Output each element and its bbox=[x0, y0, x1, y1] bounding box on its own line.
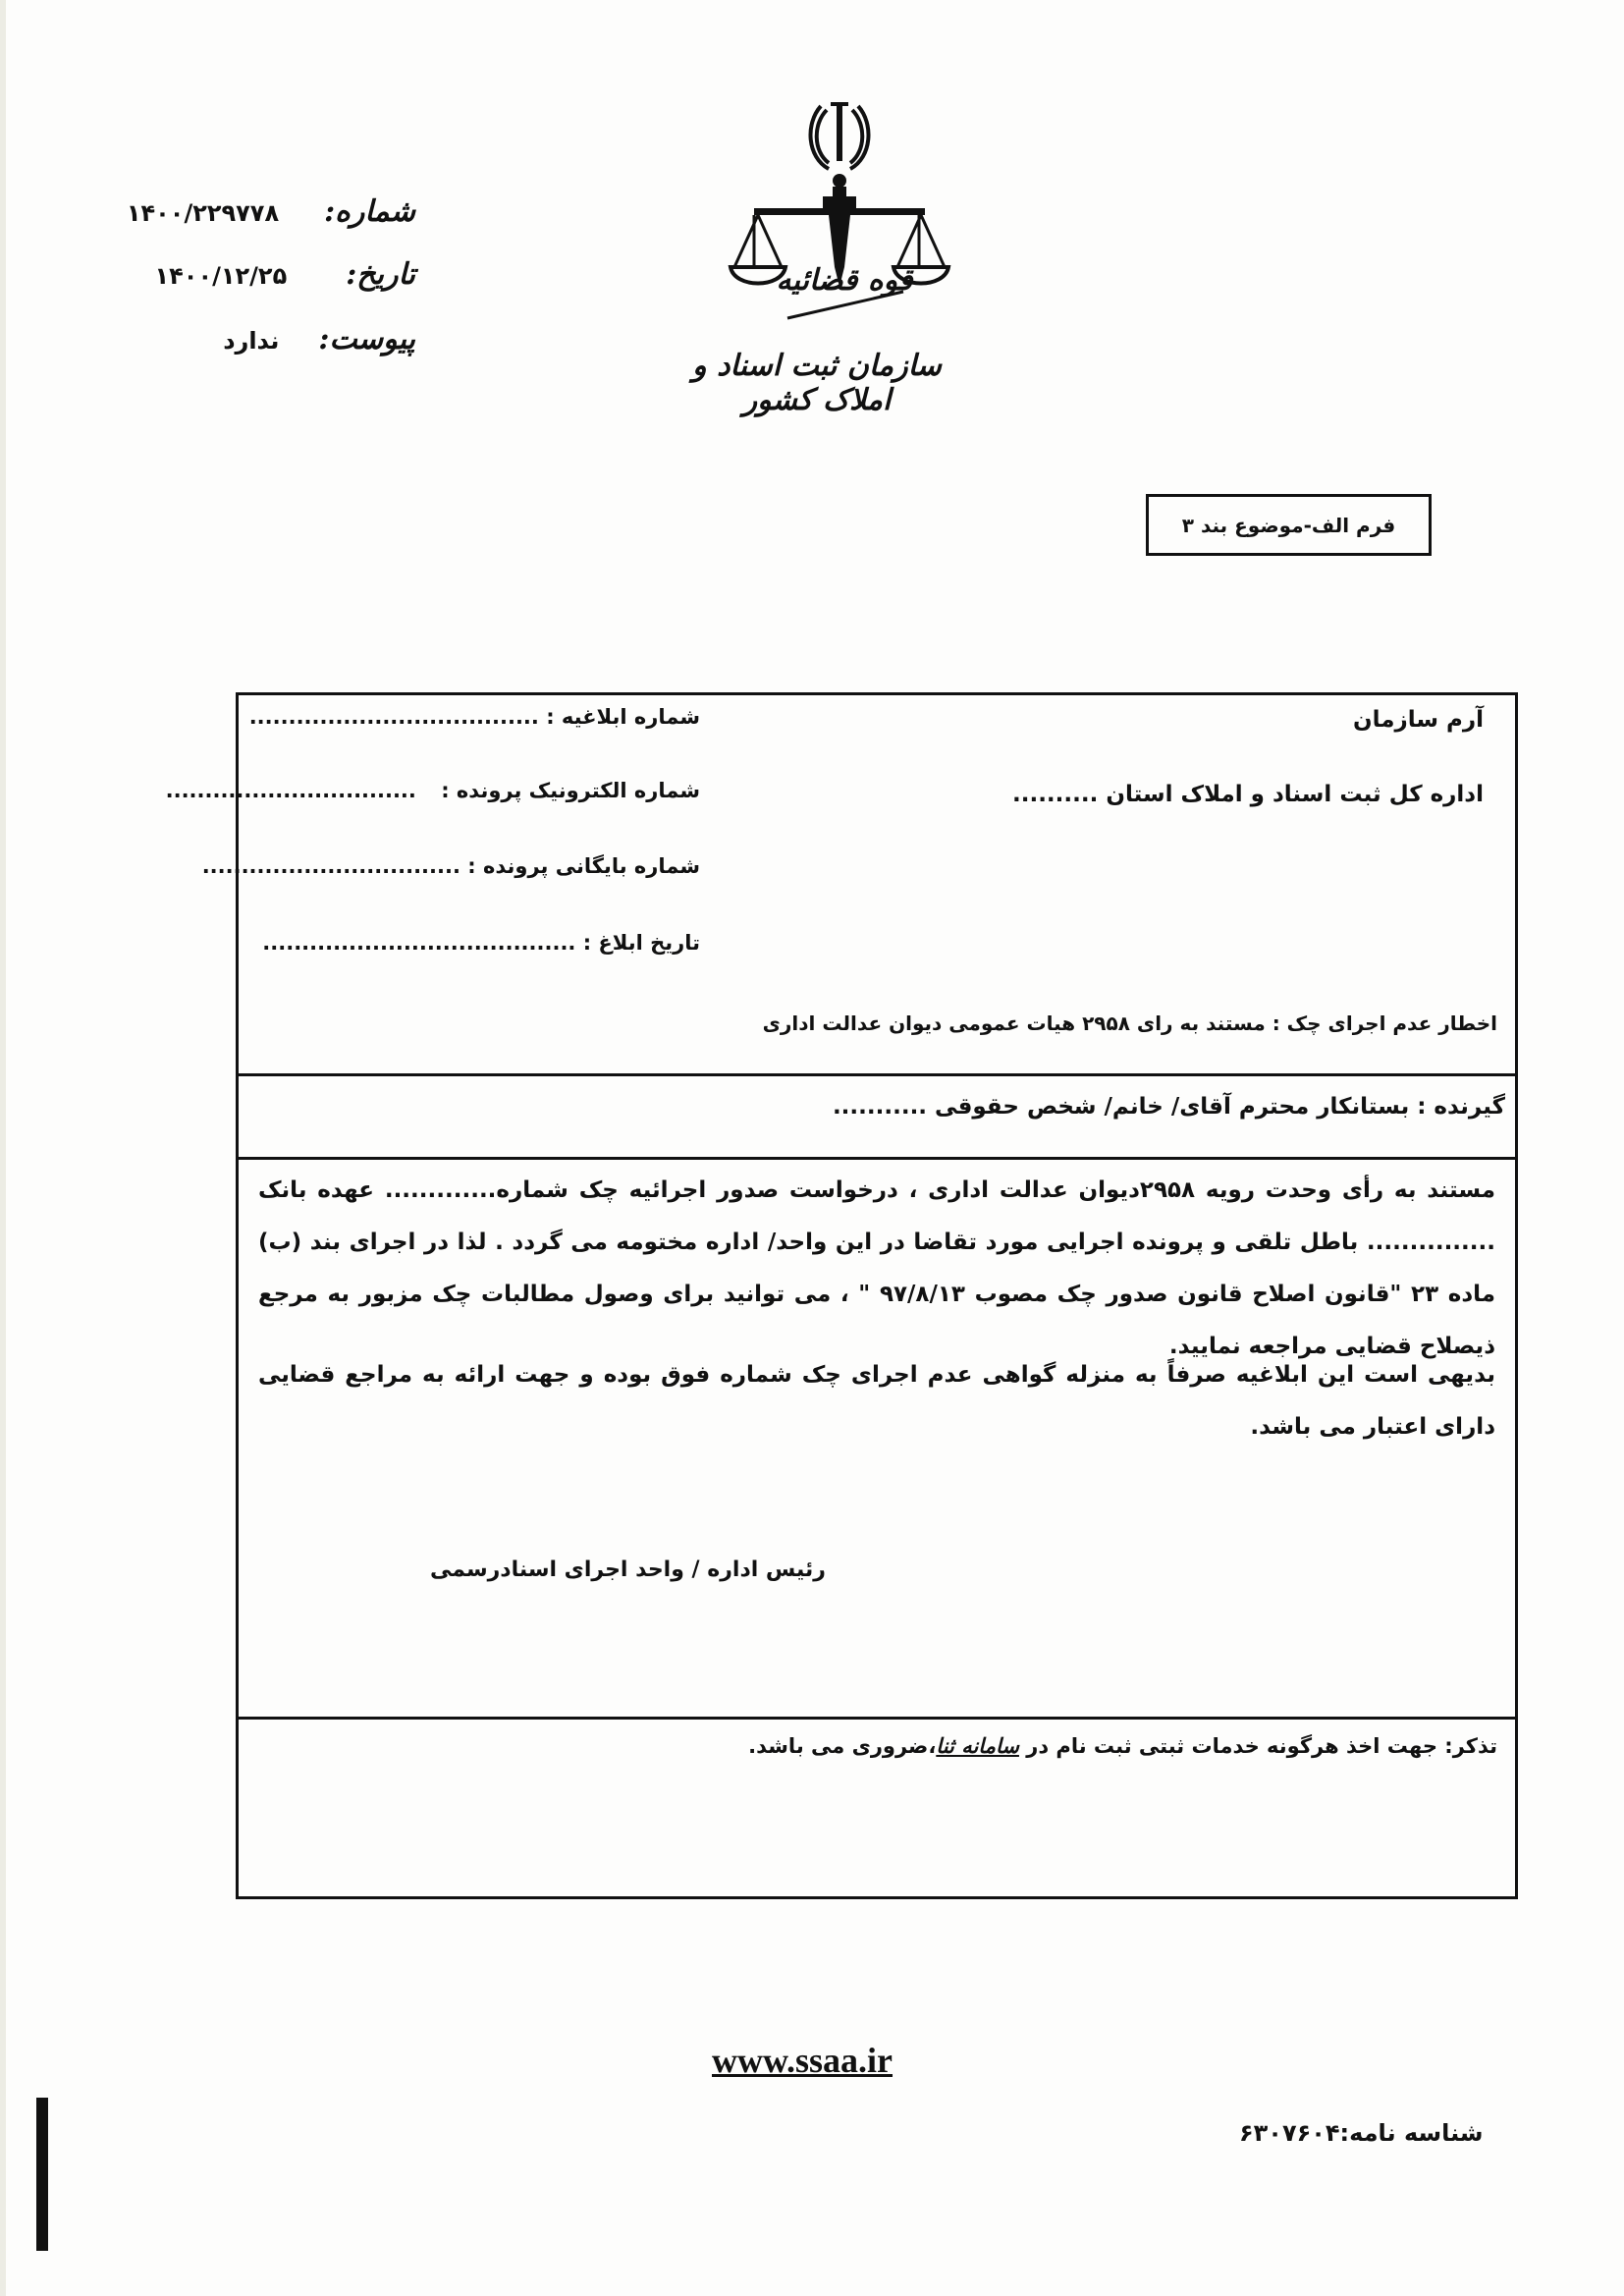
notice-number-value: ..................................... bbox=[249, 705, 539, 729]
note-line: تذکر: جهت اخذ هرگونه خدمات ثبتی ثبت نام … bbox=[748, 1734, 1497, 1758]
notice-number-field: شماره ابلاغیه : ........................… bbox=[239, 705, 700, 729]
notice-form-table: آرم سازمان اداره کل ثبت اسناد و املاک اس… bbox=[236, 692, 1518, 1899]
archive-case-number-field: شماره بایگانی پرونده : .................… bbox=[239, 854, 700, 878]
notice-date-field: تاریخ ابلاغ : ..........................… bbox=[239, 931, 700, 955]
body-paragraph-1: مستند به رأی وحدت رویه ۲۹۵۸دیوان عدالت ا… bbox=[258, 1165, 1495, 1373]
electronic-case-number-value: ................................ bbox=[166, 779, 416, 802]
office-line: اداره کل ثبت اسناد و املاک استان .......… bbox=[1012, 782, 1484, 807]
scan-mark bbox=[36, 2098, 48, 2251]
archive-case-number-value: ................................. bbox=[202, 854, 460, 878]
divider bbox=[239, 1157, 1515, 1160]
archive-case-number-label: شماره بایگانی پرونده : bbox=[467, 854, 700, 878]
attachment-row: پیوست: ندارد bbox=[116, 322, 415, 356]
notice-date-label: تاریخ ابلاغ : bbox=[583, 931, 700, 955]
signature-title: رئیس اداره / واحد اجرای اسنادرسمی bbox=[430, 1558, 826, 1582]
sana-system-link[interactable]: سامانه ثنا bbox=[936, 1734, 1019, 1758]
attachment-label: پیوست: bbox=[318, 322, 415, 356]
org-emblem-label: آرم سازمان bbox=[1353, 707, 1484, 733]
letter-number-label: شماره: bbox=[324, 194, 415, 229]
letter-date-value: ۱۴۰۰/۱۲/۲۵ bbox=[155, 262, 288, 290]
organization-title: سازمان ثبت اسناد و املاک کشور bbox=[670, 349, 964, 417]
website-link[interactable]: www.ssaa.ir bbox=[712, 2040, 893, 2081]
recipient-line: گیرنده : بستانکار محترم آقای/ خانم/ شخص … bbox=[833, 1094, 1505, 1120]
note-prefix: تذکر: جهت اخذ هرگونه خدمات ثبتی ثبت نام … bbox=[1019, 1734, 1497, 1758]
electronic-case-number-label: شماره الکترونیک پرونده : bbox=[441, 779, 700, 802]
scan-edge bbox=[0, 0, 6, 2296]
letter-date-row: تاریخ: ۱۴۰۰/۱۲/۲۵ bbox=[116, 257, 415, 292]
body-paragraph-2: بدیهی است این ابلاغیه صرفاً به منزله گوا… bbox=[258, 1349, 1495, 1453]
letter-date-label: تاریخ: bbox=[346, 257, 415, 292]
subject-line: اخطار عدم اجرای چک : مستند به رای ۲۹۵۸ ه… bbox=[763, 1011, 1497, 1035]
attachment-value: ندارد bbox=[223, 327, 279, 355]
letter-id: شناسه نامه:۶۳۰۷۶۰۴ bbox=[1239, 2119, 1484, 2147]
notice-date-value: ........................................ bbox=[262, 931, 575, 955]
letter-number-row: شماره: ۱۴۰۰/۲۲۹۷۷۸ bbox=[116, 194, 415, 229]
note-suffix: ،ضروری می باشد. bbox=[748, 1734, 936, 1758]
form-tag-box: فرم الف-موضوع بند ۳ bbox=[1146, 494, 1432, 556]
notice-number-label: شماره ابلاغیه : bbox=[546, 705, 700, 729]
letter-number-value: ۱۴۰۰/۲۲۹۷۷۸ bbox=[127, 199, 279, 227]
electronic-case-number-field: شماره الکترونیک پرونده : ...............… bbox=[239, 779, 700, 802]
divider bbox=[239, 1717, 1515, 1720]
divider bbox=[239, 1073, 1515, 1076]
judiciary-title: قوه قضائیه bbox=[776, 263, 913, 298]
